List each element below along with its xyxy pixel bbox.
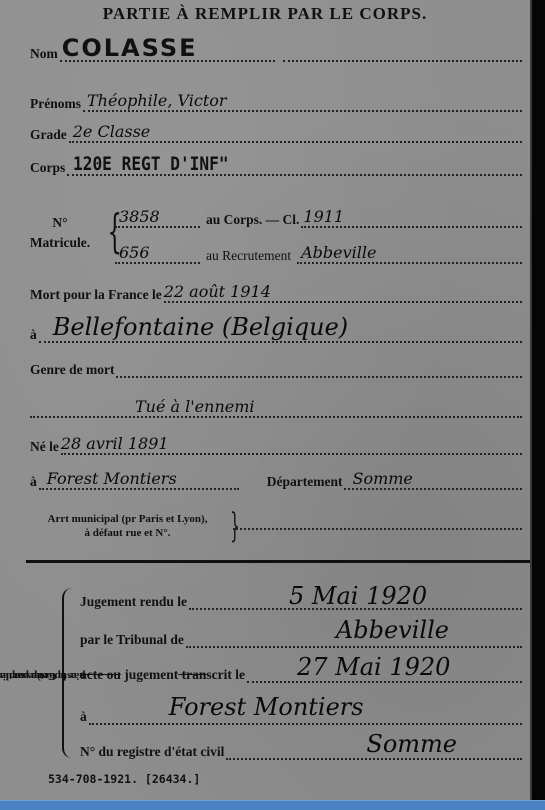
- nom-line-extra: [283, 44, 522, 62]
- mort-date-field: 22 août 1914: [164, 285, 522, 303]
- prenoms-row: Prénoms Théophile, Victor: [30, 94, 522, 112]
- scan-edge: [530, 0, 545, 800]
- registre-label: N° du registre d'état civil: [80, 744, 224, 760]
- transcrit-label-struck-2: tran: [178, 667, 206, 682]
- grade-row: Grade 2e Classe: [30, 125, 522, 143]
- mort-lieu: Bellefontaine (Belgique): [53, 313, 348, 341]
- recrutement-value: Abbeville: [301, 243, 376, 262]
- au-recrutement-label: au Recrutement: [206, 248, 291, 264]
- corps-field: 120E REGT D'INF": [67, 158, 522, 176]
- matricule-label-text: Matricule.: [20, 233, 100, 253]
- mort-row: Mort pour la France le 22 août 1914: [30, 285, 522, 303]
- tribunal-field: Abbeville: [186, 630, 522, 648]
- transcrit-row: acte ou jugement transcrit le 27 Mai 192…: [80, 665, 522, 683]
- jugement-rendu-row: Jugement rendu le 5 Mai 1920: [80, 592, 522, 610]
- registre-value: Somme: [366, 730, 457, 758]
- section-separator: [26, 560, 532, 563]
- viewer-bottom-bar: [0, 800, 545, 810]
- arrondissement-field: [233, 528, 522, 530]
- naissance-row: Né le 28 avril 1891: [30, 437, 522, 455]
- transcrit-date: 27 Mai 1920: [297, 653, 450, 681]
- transcrit-lieu-value: Forest Montiers: [169, 693, 364, 721]
- tribunal-row: par le Tribunal de Abbeville: [80, 630, 522, 648]
- naissance-lieu-row: à Forest Montiers Département Somme: [30, 472, 522, 490]
- arrondissement-brace: }: [230, 508, 240, 544]
- prenoms-value: Théophile, Victor: [87, 91, 227, 110]
- death-record-card: PARTIE À REMPLIR PAR LE CORPS. Nom COLAS…: [0, 0, 530, 800]
- transcrit-field: 27 Mai 1920: [247, 665, 522, 683]
- classe-value: 1911: [303, 207, 344, 226]
- genre-de-mort-value-row: Tué à l'ennemi: [30, 400, 522, 418]
- arrondissement-label-line1: Arrt municipal (pr Paris et Lyon),: [20, 512, 235, 526]
- jugement-rendu-label: Jugement rendu le: [80, 594, 187, 610]
- genre-de-mort-label: Genre de mort: [30, 362, 114, 378]
- grade-field: 2e Classe: [69, 125, 522, 143]
- transcrit-lieu-label: à: [80, 709, 87, 725]
- matricule-corps-field: 3858: [115, 210, 200, 228]
- transcrit-label-mid: jugement: [121, 667, 178, 682]
- jugement-rendu-date: 5 Mai 1920: [289, 582, 427, 610]
- prenoms-field: Théophile, Victor: [83, 94, 522, 112]
- tribunal-label: par le Tribunal de: [80, 632, 184, 648]
- genre-de-mort-value: Tué à l'ennemi: [135, 397, 255, 416]
- naissance-label: Né le: [30, 439, 59, 455]
- matricule-recrutement-number: 656: [119, 243, 150, 262]
- departement-label: Département: [267, 474, 343, 490]
- grade-label: Grade: [30, 127, 67, 143]
- classe-field: 1911: [301, 210, 522, 228]
- matricule-corps-number: 3858: [119, 207, 160, 226]
- matricule-label: N° Matricule.: [20, 213, 100, 253]
- corps-row: Corps 120E REGT D'INF": [30, 158, 522, 176]
- prenoms-label: Prénoms: [30, 96, 81, 112]
- corps-value: 120E REGT D'INF": [73, 153, 229, 175]
- transcrit-lieu-row: à Forest Montiers: [80, 707, 522, 725]
- arrondissement-label: Arrt municipal (pr Paris et Lyon), à déf…: [20, 512, 235, 540]
- matricule-recrutement-row: 656 au Recrutement Abbeville: [115, 246, 522, 264]
- print-reference: 534-708-1921. [26434.]: [48, 772, 200, 786]
- matricule-label-no: N°: [20, 213, 100, 233]
- nom-value: COLASSE: [62, 34, 198, 62]
- naissance-lieu: Forest Montiers: [47, 469, 177, 488]
- transcrit-lieu-field: Forest Montiers: [89, 707, 522, 725]
- nom-row: Nom COLASSE: [30, 44, 522, 62]
- jugement-rendu-field: 5 Mai 1920: [189, 592, 522, 610]
- transcrit-label-end: scrit le: [206, 667, 245, 682]
- mort-lieu-label: à: [30, 327, 37, 343]
- genre-de-mort-line: [116, 360, 522, 378]
- naissance-lieu-field: Forest Montiers: [39, 472, 239, 490]
- transcrit-label-struck-1: acte ou: [80, 667, 121, 682]
- grade-value: 2e Classe: [73, 122, 151, 141]
- genre-de-mort-field: Tué à l'ennemi: [30, 400, 522, 418]
- departement-value: Somme: [352, 469, 412, 488]
- jugement-brace: [62, 588, 74, 758]
- registre-row: N° du registre d'état civil Somme: [80, 742, 522, 760]
- mort-date: 22 août 1914: [164, 282, 271, 301]
- tribunal-value: Abbeville: [336, 616, 449, 644]
- nom-label: Nom: [30, 46, 58, 62]
- mort-label: Mort pour la France le: [30, 287, 162, 303]
- au-corps-label: au Corps. — Cl.: [206, 212, 299, 228]
- card-title: PARTIE À REMPLIR PAR LE CORPS.: [0, 4, 530, 24]
- naissance-date-field: 28 avril 1891: [61, 437, 522, 455]
- arrondissement-label-line2: à défaut rue et N°.: [20, 526, 235, 540]
- matricule-recrutement-field: 656: [115, 246, 200, 264]
- naissance-date: 28 avril 1891: [61, 434, 169, 453]
- registre-field: Somme: [226, 742, 522, 760]
- corps-label: Corps: [30, 160, 65, 176]
- mort-lieu-field: Bellefontaine (Belgique): [39, 325, 522, 343]
- recrutement-field: Abbeville: [297, 246, 522, 264]
- naissance-lieu-label: à: [30, 474, 37, 490]
- genre-de-mort-row: Genre de mort: [30, 360, 522, 378]
- departement-field: Somme: [344, 472, 522, 490]
- nom-field: COLASSE: [60, 44, 275, 62]
- transcrit-label: acte ou jugement transcrit le: [80, 667, 245, 683]
- matricule-corps-row: 3858 au Corps. — Cl. 1911: [115, 210, 522, 228]
- mort-lieu-row: à Bellefontaine (Belgique): [30, 325, 522, 343]
